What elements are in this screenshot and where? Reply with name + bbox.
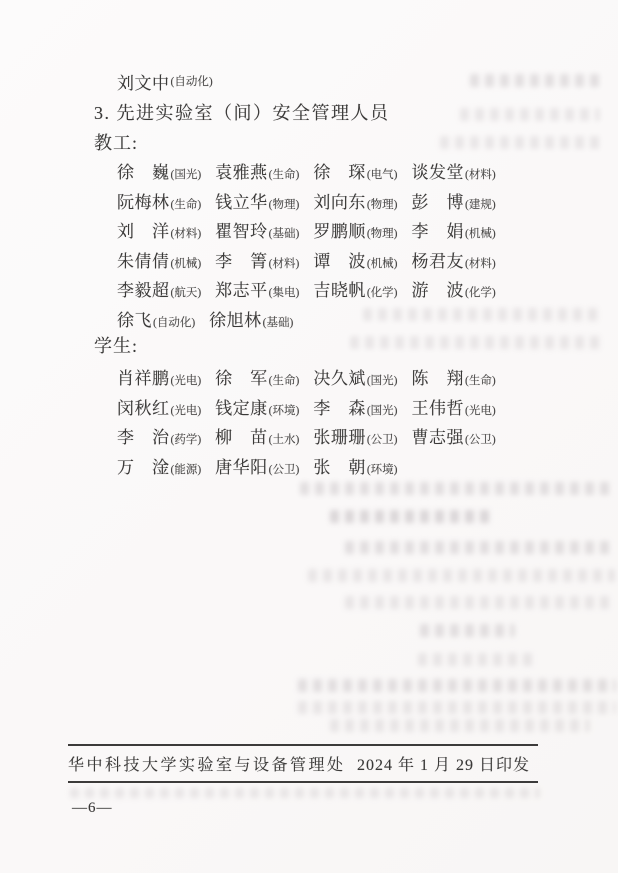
student-label: 学生: xyxy=(94,332,138,358)
bleedthrough-line xyxy=(300,482,615,495)
person-name: 张珊珊 xyxy=(313,428,366,447)
person-entry: 杨君友(材料) xyxy=(412,247,496,272)
person-entry: 钱定康(环境) xyxy=(215,394,299,419)
person-entry: 罗鹏顺(物理) xyxy=(313,217,397,242)
person-dept: (生命) xyxy=(269,169,300,181)
person-name: 钱立华 xyxy=(215,193,268,212)
bleedthrough-line xyxy=(350,336,600,349)
roster-row: 闵秋红(光电)钱定康(环境)李 森(国光)王伟哲(光电) xyxy=(117,392,496,422)
person-dept: (材料) xyxy=(269,258,300,270)
person-name: 谭 波 xyxy=(313,252,366,271)
faculty-label: 教工: xyxy=(94,129,138,155)
person-name: 万 淦 xyxy=(117,458,170,477)
person-dept: (材料) xyxy=(465,258,496,270)
person-dept: (材料) xyxy=(171,228,202,240)
person-name: 李 箐 xyxy=(215,252,268,271)
roster-row: 阮梅林(生命)钱立华(物理)刘向东(物理)彭 博(建规) xyxy=(117,186,496,216)
person-entry: 郑志平(集电) xyxy=(215,276,299,301)
person-entry: 谭 波(机械) xyxy=(313,247,397,272)
person-name: 瞿智玲 xyxy=(215,222,268,241)
person-entry: 徐旭林(基础) xyxy=(209,306,293,331)
person-dept: (自动化) xyxy=(153,317,195,329)
person-dept: (药学) xyxy=(171,434,202,446)
person-name: 阮梅林 xyxy=(117,193,170,212)
person-entry: 瞿智玲(基础) xyxy=(215,217,299,242)
person-name: 刘文中 xyxy=(117,69,170,94)
person-dept: (土水) xyxy=(269,434,300,446)
person-dept: (能源) xyxy=(171,464,202,476)
person-dept: (光电) xyxy=(465,405,496,417)
person-entry: 万 淦(能源) xyxy=(117,453,201,478)
person-entry: 张 朝(环境) xyxy=(313,453,397,478)
person-name: 徐 巍 xyxy=(117,163,170,182)
person-name: 李 娟 xyxy=(412,222,465,241)
person-entry: 张珊珊(公卫) xyxy=(313,423,397,448)
person-dept: (公卫) xyxy=(367,434,398,446)
person-dept: (基础) xyxy=(263,317,294,329)
person-dept: (环境) xyxy=(269,405,300,417)
roster-row: 肖祥鹏(光电)徐 军(生命)决久斌(国光)陈 翔(生命) xyxy=(117,362,496,392)
person-entry: 谈发堂(材料) xyxy=(412,158,496,183)
roster-row: 朱倩倩(机械)李 箐(材料)谭 波(机械)杨君友(材料) xyxy=(117,245,496,275)
person-entry: 刘向东(物理) xyxy=(313,188,397,213)
person-name: 刘向东 xyxy=(313,193,366,212)
roster-row: 徐飞(自动化)徐旭林(基础) xyxy=(117,304,496,334)
person-entry: 唐华阳(公卫) xyxy=(215,453,299,478)
person-name: 钱定康 xyxy=(215,399,268,418)
person-name: 谈发堂 xyxy=(412,163,465,182)
person-entry: 朱倩倩(机械) xyxy=(117,247,201,272)
roster-row: 徐 巍(国光)袁雅燕(生命)徐 琛(电气)谈发堂(材料) xyxy=(117,156,496,186)
bleedthrough-line xyxy=(70,788,540,798)
person-dept: (环境) xyxy=(367,464,398,476)
student-roster: 肖祥鹏(光电)徐 军(生命)决久斌(国光)陈 翔(生命)闵秋红(光电)钱定康(环… xyxy=(117,362,496,480)
person-entry: 李 娟(机械) xyxy=(412,217,496,242)
person-entry: 李 箐(材料) xyxy=(215,247,299,272)
person-name: 陈 翔 xyxy=(412,369,465,388)
bleedthrough-line xyxy=(298,701,616,714)
person-dept: (材料) xyxy=(465,169,496,181)
person-entry: 阮梅林(生命) xyxy=(117,188,201,213)
person-dept: (生命) xyxy=(269,375,300,387)
person-name: 李 治 xyxy=(117,428,170,447)
person-dept: (国光) xyxy=(171,169,202,181)
person-entry: 游 波(化学) xyxy=(412,276,496,301)
footer-rule-top xyxy=(68,744,538,746)
person-dept: (化学) xyxy=(367,287,398,299)
person-dept: (生命) xyxy=(465,375,496,387)
person-dept: (航天) xyxy=(171,287,202,299)
person-name: 刘 洋 xyxy=(117,222,170,241)
person-name: 杨君友 xyxy=(412,252,465,271)
person-dept: (公卫) xyxy=(269,464,300,476)
footer-rule-bottom xyxy=(68,781,538,783)
person-entry: 李 治(药学) xyxy=(117,423,201,448)
person-name: 张 朝 xyxy=(313,458,366,477)
person-name: 李毅超 xyxy=(117,281,170,300)
footer: 华中科技大学实验室与设备管理处 2024 年 1 月 29 日印发 xyxy=(68,752,538,775)
person-dept: (基础) xyxy=(269,228,300,240)
person-name: 徐旭林 xyxy=(209,311,262,330)
bleedthrough-line xyxy=(440,136,600,149)
faculty-roster: 徐 巍(国光)袁雅燕(生命)徐 琛(电气)谈发堂(材料)阮梅林(生命)钱立华(物… xyxy=(117,156,496,333)
person-name: 闵秋红 xyxy=(117,399,170,418)
bleedthrough-line xyxy=(345,596,615,609)
bleedthrough-line xyxy=(345,541,615,554)
person-name: 徐 琛 xyxy=(313,163,366,182)
bleedthrough-line xyxy=(330,719,590,732)
footer-print-date: 2024 年 1 月 29 日印发 xyxy=(357,752,538,775)
person-dept: (机械) xyxy=(465,228,496,240)
person-name: 肖祥鹏 xyxy=(117,369,170,388)
person-dept: (公卫) xyxy=(465,434,496,446)
bleedthrough-line xyxy=(308,569,615,582)
person-name: 游 波 xyxy=(412,281,465,300)
person-name: 曹志强 xyxy=(412,428,465,447)
bleedthrough-line xyxy=(470,74,600,87)
person-entry: 王伟哲(光电) xyxy=(412,394,496,419)
person-entry: 徐 琛(电气) xyxy=(313,158,397,183)
bleedthrough-line xyxy=(418,653,536,666)
person-entry: 徐 军(生命) xyxy=(215,364,299,389)
roster-row: 李 治(药学)柳 苗(土水)张珊珊(公卫)曹志强(公卫) xyxy=(117,421,496,451)
person-entry: 钱立华(物理) xyxy=(215,188,299,213)
person-name: 柳 苗 xyxy=(215,428,268,447)
person-name: 吉晓帆 xyxy=(313,281,366,300)
person-entry: 徐 巍(国光) xyxy=(117,158,201,183)
person-entry: 李 森(国光) xyxy=(313,394,397,419)
section-heading: 3. 先进实验室（间）安全管理人员 xyxy=(94,99,390,125)
roster-row: 李毅超(航天)郑志平(集电)吉晓帆(化学)游 波(化学) xyxy=(117,274,496,304)
document-page: 刘文中(自动化) 3. 先进实验室（间）安全管理人员 教工: 徐 巍(国光)袁雅… xyxy=(0,0,618,873)
person-entry: 刘 洋(材料) xyxy=(117,217,201,242)
page-number: —6— xyxy=(72,800,113,817)
person-name: 王伟哲 xyxy=(412,399,465,418)
roster-row: 刘 洋(材料)瞿智玲(基础)罗鹏顺(物理)李 娟(机械) xyxy=(117,215,496,245)
person-dept: (光电) xyxy=(171,405,202,417)
person-dept: (光电) xyxy=(171,375,202,387)
bleedthrough-line xyxy=(298,679,616,692)
person-entry: 闵秋红(光电) xyxy=(117,394,201,419)
person-entry: 李毅超(航天) xyxy=(117,276,201,301)
person-name: 徐飞 xyxy=(117,311,152,330)
person-entry: 肖祥鹏(光电) xyxy=(117,364,201,389)
person-dept: (集电) xyxy=(269,287,300,299)
person-name: 袁雅燕 xyxy=(215,163,268,182)
person-entry: 决久斌(国光) xyxy=(313,364,397,389)
person-name: 唐华阳 xyxy=(215,458,268,477)
person-dept: (机械) xyxy=(367,258,398,270)
bleedthrough-line xyxy=(420,624,515,637)
footer-issuer: 华中科技大学实验室与设备管理处 xyxy=(68,752,346,775)
person-name: 李 森 xyxy=(313,399,366,418)
person-name: 决久斌 xyxy=(313,369,366,388)
person-name: 罗鹏顺 xyxy=(313,222,366,241)
person-name: 彭 博 xyxy=(412,193,465,212)
person-entry: 袁雅燕(生命) xyxy=(215,158,299,183)
person-dept: (自动化) xyxy=(171,73,213,89)
person-entry: 曹志强(公卫) xyxy=(412,423,496,448)
person-dept: (物理) xyxy=(269,199,300,211)
person-entry: 陈 翔(生命) xyxy=(412,364,496,389)
person-dept: (化学) xyxy=(465,287,496,299)
person-dept: (国光) xyxy=(367,405,398,417)
bleedthrough-line xyxy=(330,510,495,523)
person-name: 徐 军 xyxy=(215,369,268,388)
roster-row: 万 淦(能源)唐华阳(公卫)张 朝(环境) xyxy=(117,451,496,481)
continuation-entry: 刘文中(自动化) xyxy=(117,68,213,94)
person-entry: 彭 博(建规) xyxy=(412,188,496,213)
person-dept: (生命) xyxy=(171,199,202,211)
person-dept: (物理) xyxy=(367,199,398,211)
person-dept: (电气) xyxy=(367,169,398,181)
person-entry: 徐飞(自动化) xyxy=(117,306,195,331)
person-name: 郑志平 xyxy=(215,281,268,300)
bleedthrough-line xyxy=(460,108,600,121)
person-name: 朱倩倩 xyxy=(117,252,170,271)
person-dept: (建规) xyxy=(465,199,496,211)
person-dept: (物理) xyxy=(367,228,398,240)
person-entry: 柳 苗(土水) xyxy=(215,423,299,448)
person-dept: (国光) xyxy=(367,375,398,387)
person-dept: (机械) xyxy=(171,258,202,270)
person-entry: 吉晓帆(化学) xyxy=(313,276,397,301)
